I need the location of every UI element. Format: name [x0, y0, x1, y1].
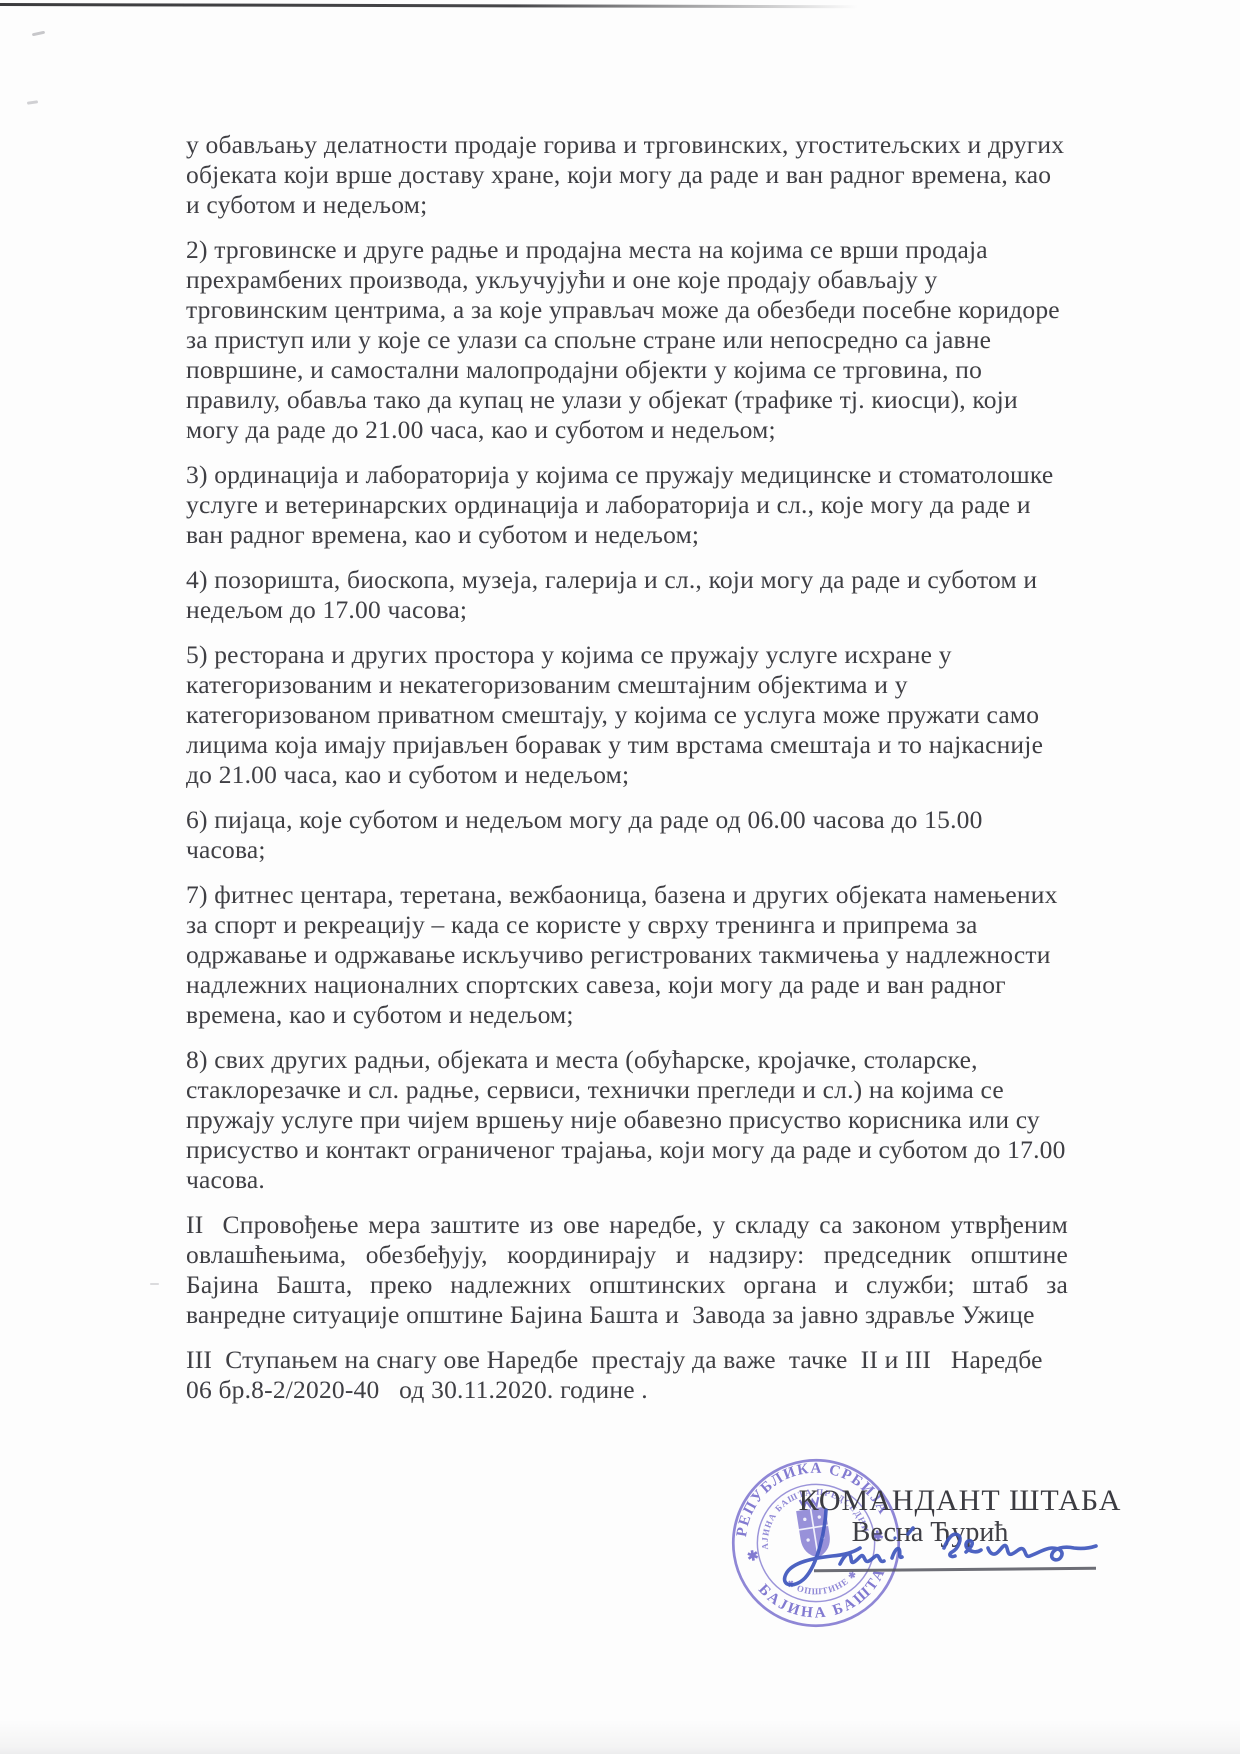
order-text-block: у обављању делатности продаје горива и т… — [186, 130, 1068, 1420]
order-item-8: 8) свих других радњи, објеката и места (… — [186, 1045, 1068, 1195]
order-item-2: 2) трговинске и друге радње и продајна м… — [186, 235, 1068, 445]
handwritten-signature — [722, 1486, 1122, 1601]
scanned-document-page: у обављању делатности продаје горива и т… — [0, 0, 1240, 1754]
order-item-7: 7) фитнес центара, теретана, вежбаоница,… — [186, 880, 1068, 1030]
scan-edge-artifact — [0, 3, 858, 8]
order-section-ii: II Спровођење мера заштите из ове наредб… — [186, 1210, 1068, 1330]
order-item-6: 6) пијаца, које суботом и недељом могу д… — [186, 805, 1068, 865]
scan-speck — [32, 31, 45, 37]
scan-bottom-noise — [0, 1720, 1240, 1754]
scan-speck — [27, 100, 38, 105]
order-section-iii: III Ступањем на снагу ове Наредбе преста… — [186, 1345, 1068, 1405]
order-item-4: 4) позоришта, биоскопа, музеја, галерија… — [186, 565, 1068, 625]
order-item-5: 5) ресторана и других простора у којима … — [186, 640, 1068, 790]
order-item-1-continuation: у обављању делатности продаје горива и т… — [186, 130, 1068, 220]
scan-speck — [150, 1283, 159, 1285]
order-item-3: 3) ординација и лабораторија у којима се… — [186, 460, 1068, 550]
